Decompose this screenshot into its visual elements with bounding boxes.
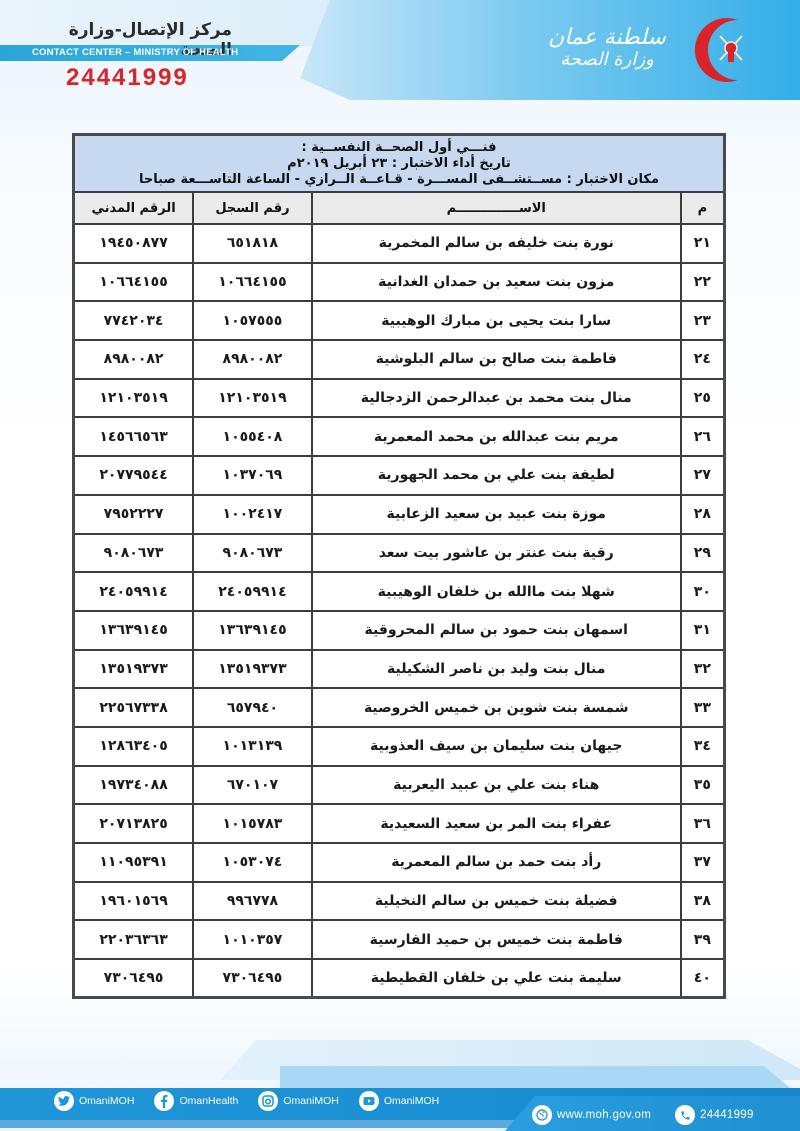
row-index: ٢٥	[681, 379, 725, 418]
row-name: شهلا بنت ماالله بن خلفان الوهيبية	[312, 572, 681, 611]
table-row: ٣٢ منال بنت وليد بن ناصر الشكيلية ١٣٥١٩٣…	[74, 650, 725, 689]
table-row: ٢٥ منال بنت محمد بن عبدالرحمن الزدجالية …	[74, 379, 725, 418]
table-row: ٢٦ مريم بنت عبدالله بن محمد المعمرية ١٠٥…	[74, 417, 725, 456]
row-registration: ١٠٥٣٠٧٤	[193, 843, 312, 882]
row-registration: ١٠٠٢٤١٧	[193, 495, 312, 534]
youtube-icon	[359, 1091, 379, 1111]
row-name: منال بنت وليد بن ناصر الشكيلية	[312, 650, 681, 689]
row-index: ٢٩	[681, 534, 725, 573]
twitter-handle: OmaniMOH	[79, 1095, 134, 1107]
table-row: ٢٩ رقية بنت عنتر بن عاشور بيت سعد ٩٠٨٠٦٧…	[74, 534, 725, 573]
row-civil-id: ٩٠٨٠٦٧٣	[74, 534, 194, 573]
row-registration: ١٠٦٦٤١٥٥	[193, 263, 312, 302]
contact-center-phone: 24441999	[66, 64, 189, 92]
table-row: ٢٣ سارا بنت يحيى بن مبارك الوهيبية ١٠٥٧٥…	[74, 301, 725, 340]
row-civil-id: ٧٣٠٦٤٩٥	[74, 959, 194, 998]
row-civil-id: ١٣٥١٩٣٧٣	[74, 650, 194, 689]
globe-icon	[532, 1105, 552, 1125]
row-registration: ٦٧٠١٠٧	[193, 766, 312, 805]
footer-phone-number: 24441999	[700, 1109, 754, 1121]
row-name: عفراء بنت المر بن سعيد السعيدية	[312, 804, 681, 843]
phone-link[interactable]: 24441999	[675, 1105, 754, 1125]
social-youtube[interactable]: OmaniMOH	[359, 1091, 439, 1111]
row-civil-id: ١٢١٠٣٥١٩	[74, 379, 194, 418]
row-index: ٣٨	[681, 882, 725, 921]
row-civil-id: ٢٤٠٥٩٩١٤	[74, 572, 194, 611]
row-civil-id: ١٩٧٣٤٠٨٨	[74, 766, 194, 805]
row-civil-id: ٢٢٥٦٧٣٣٨	[74, 688, 194, 727]
table-header-row: م الاســــــــــــــم رقم السجل الرقم ال…	[74, 192, 725, 224]
row-name: رقية بنت عنتر بن عاشور بيت سعد	[312, 534, 681, 573]
row-name: فاطمة بنت خميس بن حميد الفارسية	[312, 920, 681, 959]
row-registration: ٩٠٨٠٦٧٣	[193, 534, 312, 573]
row-index: ٣٩	[681, 920, 725, 959]
contact-links: www.moh.gov.om 24441999	[532, 1103, 754, 1127]
row-name: سليمة بنت علي بن خلفان القطيطية	[312, 959, 681, 998]
instagram-handle: OmaniMOH	[283, 1095, 338, 1107]
facebook-handle: OmanHealth	[179, 1095, 238, 1107]
row-civil-id: ١٢٨٦٣٤٠٥	[74, 727, 194, 766]
table-row: ٣١ اسمهان بنت حمود بن سالم المحروقية ١٣٦…	[74, 611, 725, 650]
phone-icon	[675, 1105, 695, 1125]
row-civil-id: ٢٠٧٧٩٥٤٤	[74, 456, 194, 495]
row-registration: ١٠٥٧٥٥٥	[193, 301, 312, 340]
candidates-table-container: فنـــي أول الصحــة النفســية : تاريخ أدا…	[72, 133, 726, 999]
logo-line-2: وزارة الصحة	[522, 50, 692, 70]
row-name: فضيلة بنت خميس بن سالم النخيلية	[312, 882, 681, 921]
table-row: ٣٠ شهلا بنت ماالله بن خلفان الوهيبية ٢٤٠…	[74, 572, 725, 611]
row-index: ٢١	[681, 224, 725, 263]
row-index: ٣٤	[681, 727, 725, 766]
table-row: ٣٩ فاطمة بنت خميس بن حميد الفارسية ١٠١٠٣…	[74, 920, 725, 959]
table-row: ٢٧ لطيفة بنت علي بن محمد الجهورية ١٠٣٧٠٦…	[74, 456, 725, 495]
row-index: ٢٢	[681, 263, 725, 302]
facebook-icon	[154, 1091, 174, 1111]
table-row: ٢١ نورة بنت خليفه بن سالم المخمرية ٦٥١٨١…	[74, 224, 725, 263]
website-url: www.moh.gov.om	[557, 1109, 651, 1121]
table-row: ٢٨ موزة بنت عبيد بن سعيد الزعابية ١٠٠٢٤١…	[74, 495, 725, 534]
row-index: ٣٦	[681, 804, 725, 843]
table-row: ٣٧ رأد بنت حمد بن سالم المعمرية ١٠٥٣٠٧٤ …	[74, 843, 725, 882]
table-row: ٢٢ مزون بنت سعيد بن حمدان الغدانية ١٠٦٦٤…	[74, 263, 725, 302]
page-header: مركز الإتصال-وزارة الصحة CONTACT CENTER …	[0, 0, 800, 112]
exam-location: مكان الاختبار : مســتشــفى المســـرة - ق…	[81, 172, 717, 188]
table-row: ٣٦ عفراء بنت المر بن سعيد السعيدية ١٠١٥٧…	[74, 804, 725, 843]
row-registration: ١٠٥٥٤٠٨	[193, 417, 312, 456]
row-registration: ١٢١٠٣٥١٩	[193, 379, 312, 418]
row-index: ٣٠	[681, 572, 725, 611]
row-registration: ٨٩٨٠٠٨٢	[193, 340, 312, 379]
row-index: ٣٣	[681, 688, 725, 727]
exam-date: تاريخ أداء الاختبار : ٢٣ أبريل ٢٠١٩م	[81, 156, 717, 172]
website-link[interactable]: www.moh.gov.om	[532, 1105, 651, 1125]
exam-title: فنـــي أول الصحــة النفســية :	[81, 140, 717, 156]
social-instagram[interactable]: OmaniMOH	[258, 1091, 338, 1111]
row-registration: ٦٥٧٩٤٠	[193, 688, 312, 727]
row-civil-id: ١١٠٩٥٣٩١	[74, 843, 194, 882]
column-header-index: م	[681, 192, 725, 224]
social-links: OmaniMOH OmanHealth OmaniMOH OmaniMOH	[54, 1088, 439, 1114]
row-name: مزون بنت سعيد بن حمدان الغدانية	[312, 263, 681, 302]
row-index: ٢٧	[681, 456, 725, 495]
row-civil-id: ٨٩٨٠٠٨٢	[74, 340, 194, 379]
row-registration: ٢٤٠٥٩٩١٤	[193, 572, 312, 611]
row-index: ٢٨	[681, 495, 725, 534]
row-civil-id: ١٩٦٠١٥٦٩	[74, 882, 194, 921]
row-name: رأد بنت حمد بن سالم المعمرية	[312, 843, 681, 882]
row-registration: ١٣٦٣٩١٤٥	[193, 611, 312, 650]
row-name: جيهان بنت سليمان بن سيف العذوبية	[312, 727, 681, 766]
row-registration: ٦٥١٨١٨	[193, 224, 312, 263]
row-civil-id: ٧٩٥٢٢٢٧	[74, 495, 194, 534]
social-facebook[interactable]: OmanHealth	[154, 1091, 238, 1111]
row-index: ٤٠	[681, 959, 725, 998]
candidates-table: فنـــي أول الصحــة النفســية : تاريخ أدا…	[72, 133, 726, 999]
logo-line-1: سلطنة عمان	[522, 26, 692, 50]
row-name: مريم بنت عبدالله بن محمد المعمرية	[312, 417, 681, 456]
table-row: ٣٥ هناء بنت علي بن عبيد اليعربية ٦٧٠١٠٧ …	[74, 766, 725, 805]
row-registration: ٩٩٦٧٧٨	[193, 882, 312, 921]
row-registration: ١٣٥١٩٣٧٣	[193, 650, 312, 689]
row-name: سارا بنت يحيى بن مبارك الوهيبية	[312, 301, 681, 340]
row-registration: ١٠١٠٣٥٧	[193, 920, 312, 959]
ministry-crescent-emblem-icon	[690, 14, 760, 86]
row-civil-id: ٢٠٧١٣٨٢٥	[74, 804, 194, 843]
ministry-logo-text: سلطنة عمان وزارة الصحة	[522, 26, 692, 70]
row-civil-id: ١٤٥٦٦٥٦٣	[74, 417, 194, 456]
row-index: ٣١	[681, 611, 725, 650]
row-civil-id: ١٣٦٣٩١٤٥	[74, 611, 194, 650]
column-header-name: الاســــــــــــــم	[312, 192, 681, 224]
column-header-civil-id: الرقم المدني	[74, 192, 194, 224]
youtube-handle: OmaniMOH	[384, 1095, 439, 1107]
social-twitter[interactable]: OmaniMOH	[54, 1091, 134, 1111]
row-index: ٣٥	[681, 766, 725, 805]
row-name: منال بنت محمد بن عبدالرحمن الزدجالية	[312, 379, 681, 418]
row-index: ٣٧	[681, 843, 725, 882]
row-registration: ١٠١٥٧٨٣	[193, 804, 312, 843]
row-civil-id: ١٩٤٥٠٨٧٧	[74, 224, 194, 263]
table-row: ٤٠ سليمة بنت علي بن خلفان القطيطية ٧٣٠٦٤…	[74, 959, 725, 998]
table-row: ٣٣ شمسة بنت شوين بن خميس الخروصية ٦٥٧٩٤٠…	[74, 688, 725, 727]
row-name: فاطمة بنت صالح بن سالم البلوشية	[312, 340, 681, 379]
row-name: موزة بنت عبيد بن سعيد الزعابية	[312, 495, 681, 534]
row-registration: ١٠١٣١٣٩	[193, 727, 312, 766]
row-index: ٢٤	[681, 340, 725, 379]
column-header-registration: رقم السجل	[193, 192, 312, 224]
instagram-icon	[258, 1091, 278, 1111]
row-civil-id: ١٠٦٦٤١٥٥	[74, 263, 194, 302]
row-civil-id: ٢٢٠٣٦٣٦٣	[74, 920, 194, 959]
table-row: ٢٤ فاطمة بنت صالح بن سالم البلوشية ٨٩٨٠٠…	[74, 340, 725, 379]
row-name: شمسة بنت شوين بن خميس الخروصية	[312, 688, 681, 727]
row-index: ٢٣	[681, 301, 725, 340]
row-name: لطيفة بنت علي بن محمد الجهورية	[312, 456, 681, 495]
row-index: ٣٢	[681, 650, 725, 689]
twitter-icon	[54, 1091, 74, 1111]
row-index: ٢٦	[681, 417, 725, 456]
row-name: اسمهان بنت حمود بن سالم المحروقية	[312, 611, 681, 650]
row-civil-id: ٧٧٤٢٠٣٤	[74, 301, 194, 340]
row-name: نورة بنت خليفه بن سالم المخمرية	[312, 224, 681, 263]
row-name: هناء بنت علي بن عبيد اليعربية	[312, 766, 681, 805]
page-footer: OmaniMOH OmanHealth OmaniMOH OmaniMOH	[0, 1040, 800, 1131]
contact-center-name-en: CONTACT CENTER – MINISTRY OF HEALTH	[32, 47, 238, 58]
table-row: ٣٨ فضيلة بنت خميس بن سالم النخيلية ٩٩٦٧٧…	[74, 882, 725, 921]
row-registration: ١٠٣٧٠٦٩	[193, 456, 312, 495]
table-row: ٣٤ جيهان بنت سليمان بن سيف العذوبية ١٠١٣…	[74, 727, 725, 766]
table-title-block: فنـــي أول الصحــة النفســية : تاريخ أدا…	[74, 135, 725, 193]
row-registration: ٧٣٠٦٤٩٥	[193, 959, 312, 998]
